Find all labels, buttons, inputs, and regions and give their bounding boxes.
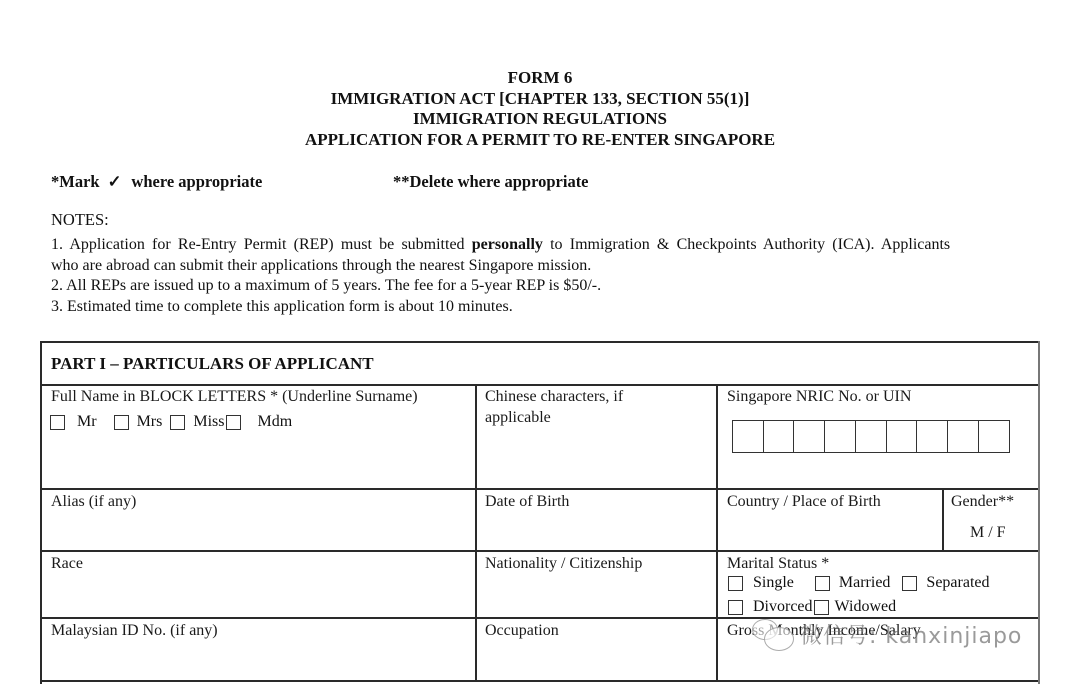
chinese-label-line-1: Chinese characters, if bbox=[485, 386, 623, 407]
checkbox-widowed[interactable] bbox=[814, 600, 829, 615]
table-border-top bbox=[40, 341, 1040, 343]
salutation-miss-label: Miss bbox=[193, 413, 224, 431]
nric-box[interactable] bbox=[763, 420, 795, 453]
nationality-label: Nationality / Citizenship bbox=[485, 553, 642, 574]
delete-instruction: **Delete where appropriate bbox=[393, 172, 589, 192]
note-1-emphasis: personally bbox=[472, 236, 543, 253]
note-2: 2. All REPs are issued up to a maximum o… bbox=[51, 276, 1031, 297]
checkmark-icon: ✓ bbox=[108, 172, 122, 192]
column-divider bbox=[942, 488, 944, 550]
note-1-text: 1. Application for Re-Entry Permit (REP)… bbox=[51, 236, 465, 253]
gender-label: Gender** bbox=[951, 491, 1014, 512]
mark-suffix: where appropriate bbox=[131, 172, 262, 191]
checkbox-single[interactable] bbox=[728, 576, 743, 591]
wechat-icon bbox=[752, 617, 796, 651]
malaysian-id-label: Malaysian ID No. (if any) bbox=[51, 620, 218, 641]
column-divider bbox=[716, 384, 718, 681]
part-1-title: PART I – PARTICULARS OF APPLICANT bbox=[51, 354, 374, 374]
notes-heading: NOTES: bbox=[51, 210, 109, 230]
table-border-right bbox=[1038, 341, 1040, 684]
salutation-mrs-label: Mrs bbox=[137, 413, 163, 431]
marital-single-label: Single bbox=[753, 574, 794, 592]
checkbox-separated[interactable] bbox=[902, 576, 917, 591]
salutation-mr-label: Mr bbox=[77, 413, 97, 431]
form-title: APPLICATION FOR A PERMIT TO RE-ENTER SIN… bbox=[0, 130, 1080, 151]
column-divider bbox=[475, 384, 477, 681]
nric-box[interactable] bbox=[978, 420, 1010, 453]
nric-box[interactable] bbox=[732, 420, 764, 453]
occupation-label: Occupation bbox=[485, 620, 559, 641]
race-label: Race bbox=[51, 553, 83, 574]
nric-box[interactable] bbox=[824, 420, 856, 453]
checkbox-miss[interactable] bbox=[170, 415, 185, 430]
nric-box[interactable] bbox=[855, 420, 887, 453]
table-border-bottom bbox=[40, 680, 1040, 682]
mark-instruction: *Mark✓where appropriate bbox=[51, 172, 262, 192]
chinese-characters-label: Chinese characters, if applicable bbox=[485, 386, 623, 428]
marital-divorced-label: Divorced bbox=[753, 598, 813, 616]
date-of-birth-label: Date of Birth bbox=[485, 491, 569, 512]
country-of-birth-label: Country / Place of Birth bbox=[727, 491, 881, 512]
notes-list: 1. Application for Re-Entry Permit (REP)… bbox=[51, 235, 1031, 317]
marital-widowed-label: Widowed bbox=[835, 598, 897, 616]
form-number: FORM 6 bbox=[0, 68, 1080, 89]
mark-prefix: *Mark bbox=[51, 172, 100, 191]
checkbox-divorced[interactable] bbox=[728, 600, 743, 615]
checkbox-mrs[interactable] bbox=[114, 415, 129, 430]
nric-label: Singapore NRIC No. or UIN bbox=[727, 386, 911, 407]
marital-options-row-2: Divorced Widowed bbox=[728, 598, 896, 616]
checkbox-mdm[interactable] bbox=[226, 415, 241, 430]
checkbox-mr[interactable] bbox=[50, 415, 65, 430]
regulations-title: IMMIGRATION REGULATIONS bbox=[0, 109, 1080, 130]
act-reference: IMMIGRATION ACT [CHAPTER 133, SECTION 55… bbox=[0, 89, 1080, 110]
nric-box[interactable] bbox=[916, 420, 948, 453]
form-header: FORM 6 IMMIGRATION ACT [CHAPTER 133, SEC… bbox=[0, 68, 1080, 150]
nric-box[interactable] bbox=[793, 420, 825, 453]
note-1-text-2: to Immigration & Checkpoints Authority (… bbox=[550, 236, 950, 253]
salutation-mdm-label: Mdm bbox=[257, 413, 292, 431]
watermark-text: 微信号: kanxinjiapo bbox=[800, 619, 1022, 650]
marital-separated-label: Separated bbox=[926, 574, 989, 592]
note-3: 3. Estimated time to complete this appli… bbox=[51, 297, 1031, 318]
table-divider bbox=[40, 488, 1040, 490]
alias-label: Alias (if any) bbox=[51, 491, 136, 512]
nric-box[interactable] bbox=[947, 420, 979, 453]
chinese-label-line-2: applicable bbox=[485, 407, 623, 428]
table-divider bbox=[40, 550, 1040, 552]
marital-status-label: Marital Status * bbox=[727, 553, 829, 574]
full-name-label: Full Name in BLOCK LETTERS * (Underline … bbox=[51, 386, 418, 407]
watermark: 微信号: kanxinjiapo bbox=[752, 617, 1022, 651]
nric-box[interactable] bbox=[886, 420, 918, 453]
salutation-options: Mr Mrs Miss Mdm bbox=[50, 413, 292, 431]
table-border-left bbox=[40, 341, 42, 684]
checkbox-married[interactable] bbox=[815, 576, 830, 591]
marital-options-row-1: Single Married Separated bbox=[728, 574, 990, 592]
note-1-continued: who are abroad can submit their applicat… bbox=[51, 256, 1031, 277]
marital-married-label: Married bbox=[839, 574, 891, 592]
note-1: 1. Application for Re-Entry Permit (REP)… bbox=[51, 235, 1031, 256]
gender-options[interactable]: M / F bbox=[970, 522, 1006, 543]
nric-input-boxes[interactable] bbox=[732, 420, 1010, 453]
